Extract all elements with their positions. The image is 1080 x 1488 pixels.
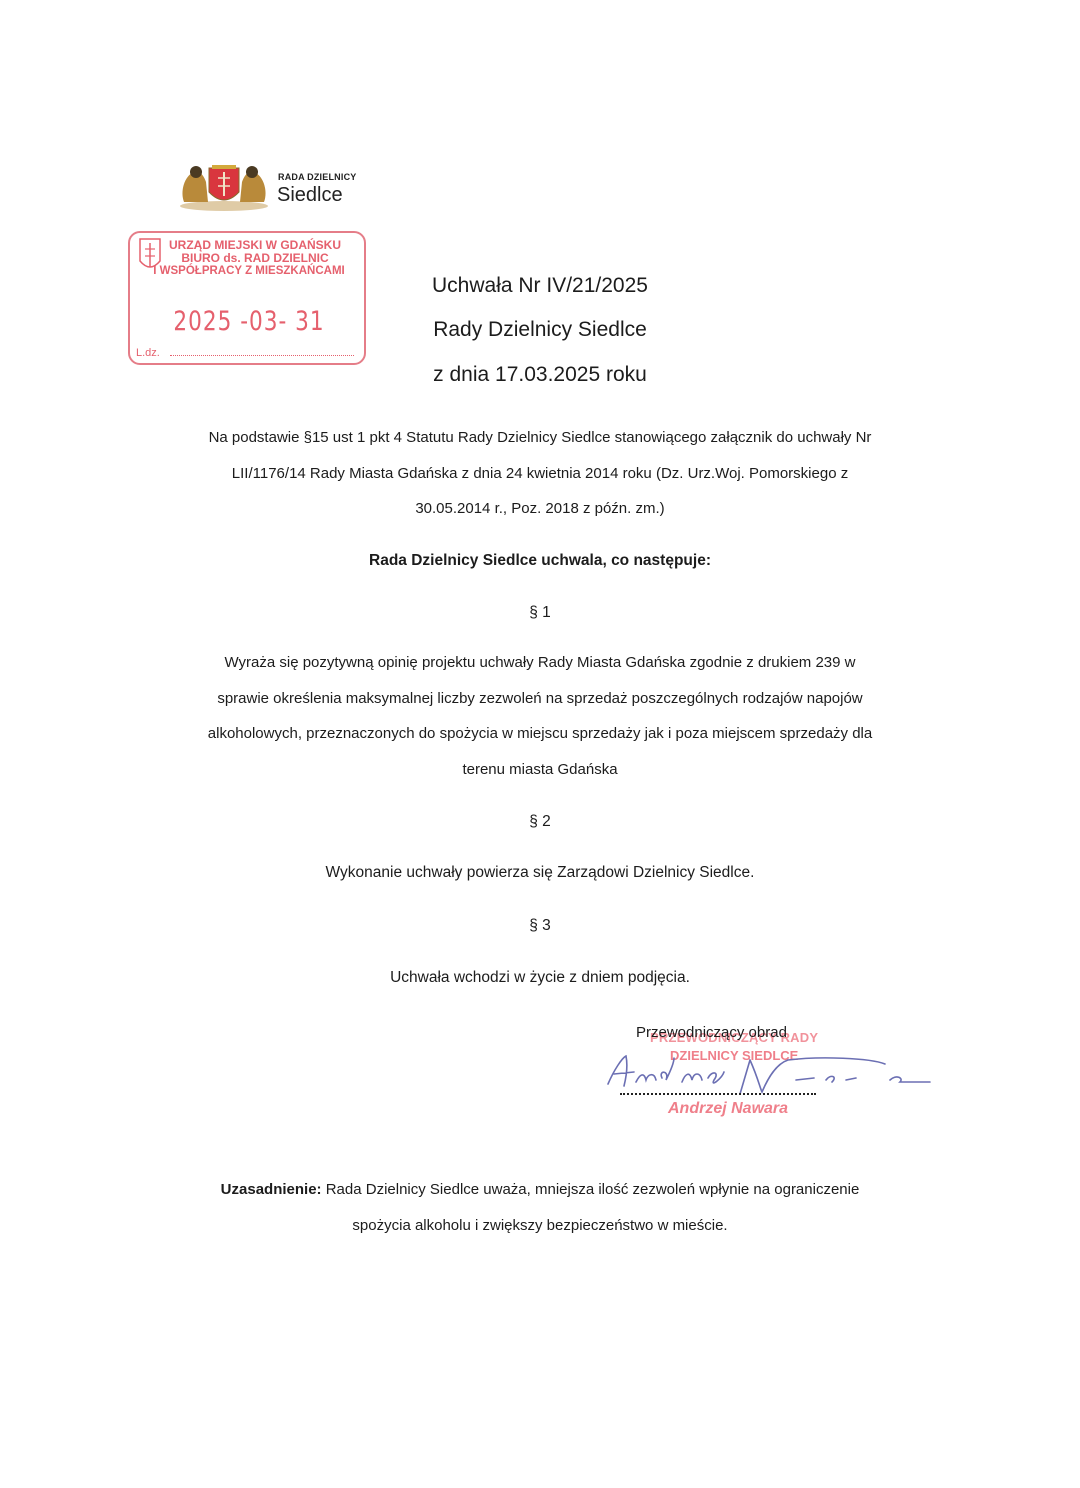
justification-line-1: Uzasadnienie: Rada Dzielnicy Siedlce uwa…: [140, 1172, 940, 1208]
gdansk-coat-of-arms-icon: [178, 162, 270, 212]
section-heading-1: § 1: [140, 604, 940, 622]
legal-basis: Na podstawie §15 ust 1 pkt 4 Statutu Rad…: [140, 420, 940, 527]
legal-basis-line: 30.05.2014 r., Poz. 2018 z późn. zm.): [140, 491, 940, 527]
signatory-role: Przewodniczący obrad: [636, 1024, 787, 1041]
district-council-label: RADA DZIELNICY: [278, 172, 356, 182]
legal-basis-line: LII/1176/14 Rady Miasta Gdańska z dnia 2…: [140, 456, 940, 492]
signature-line: [620, 1093, 816, 1095]
section-line: terenu miasta Gdańska: [140, 752, 940, 788]
signatory-name: Andrzej Nawara: [668, 1100, 788, 1118]
district-name: Siedlce: [277, 184, 343, 207]
resolution-issuer: Rady Dzielnicy Siedlce: [390, 318, 690, 342]
section-body-1: Wyraża się pozytywną opinię projektu uch…: [140, 645, 940, 787]
section-body-2: Wykonanie uchwały powierza się Zarządowi…: [140, 864, 940, 882]
stamp-date: 2025 -03- 31: [130, 306, 368, 337]
resolution-number: Uchwała Nr IV/21/2025: [390, 274, 690, 298]
stamp-department: BIURO ds. RAD DZIELNIC: [150, 252, 360, 265]
legal-basis-line: Na podstawie §15 ust 1 pkt 4 Statutu Rad…: [140, 420, 940, 456]
justification: Uzasadnienie: Rada Dzielnicy Siedlce uwa…: [140, 1172, 940, 1243]
resolution-date: z dnia 17.03.2025 roku: [390, 363, 690, 387]
justification-label: Uzasadnienie:: [221, 1181, 322, 1198]
receipt-stamp: URZĄD MIEJSKI W GDAŃSKU BIURO ds. RAD DZ…: [128, 231, 366, 365]
section-body-3: Uchwała wchodzi w życie z dniem podjęcia…: [140, 969, 940, 987]
section-heading-3: § 3: [140, 917, 940, 935]
section-line: alkoholowych, przeznaczonych do spożycia…: [140, 716, 940, 752]
stamp-ldz-field: [170, 355, 354, 356]
justification-text: Rada Dzielnicy Siedlce uważa, mniejsza i…: [322, 1181, 860, 1198]
section-line: Wyraża się pozytywną opinię projektu uch…: [140, 645, 940, 681]
resolves-clause: Rada Dzielnicy Siedlce uchwala, co nastę…: [140, 552, 940, 570]
justification-line-2: spożycia alkoholu i zwiększy bezpieczeńs…: [140, 1208, 940, 1244]
section-line: sprawie określenia maksymalnej liczby ze…: [140, 681, 940, 717]
handwritten-signature-icon: [600, 1048, 940, 1098]
stamp-department-cont: I WSPÓŁPRACY Z MIESZKAŃCAMI: [130, 265, 368, 278]
section-heading-2: § 2: [140, 813, 940, 831]
stamp-ldz-label: L.dz.: [136, 347, 160, 359]
